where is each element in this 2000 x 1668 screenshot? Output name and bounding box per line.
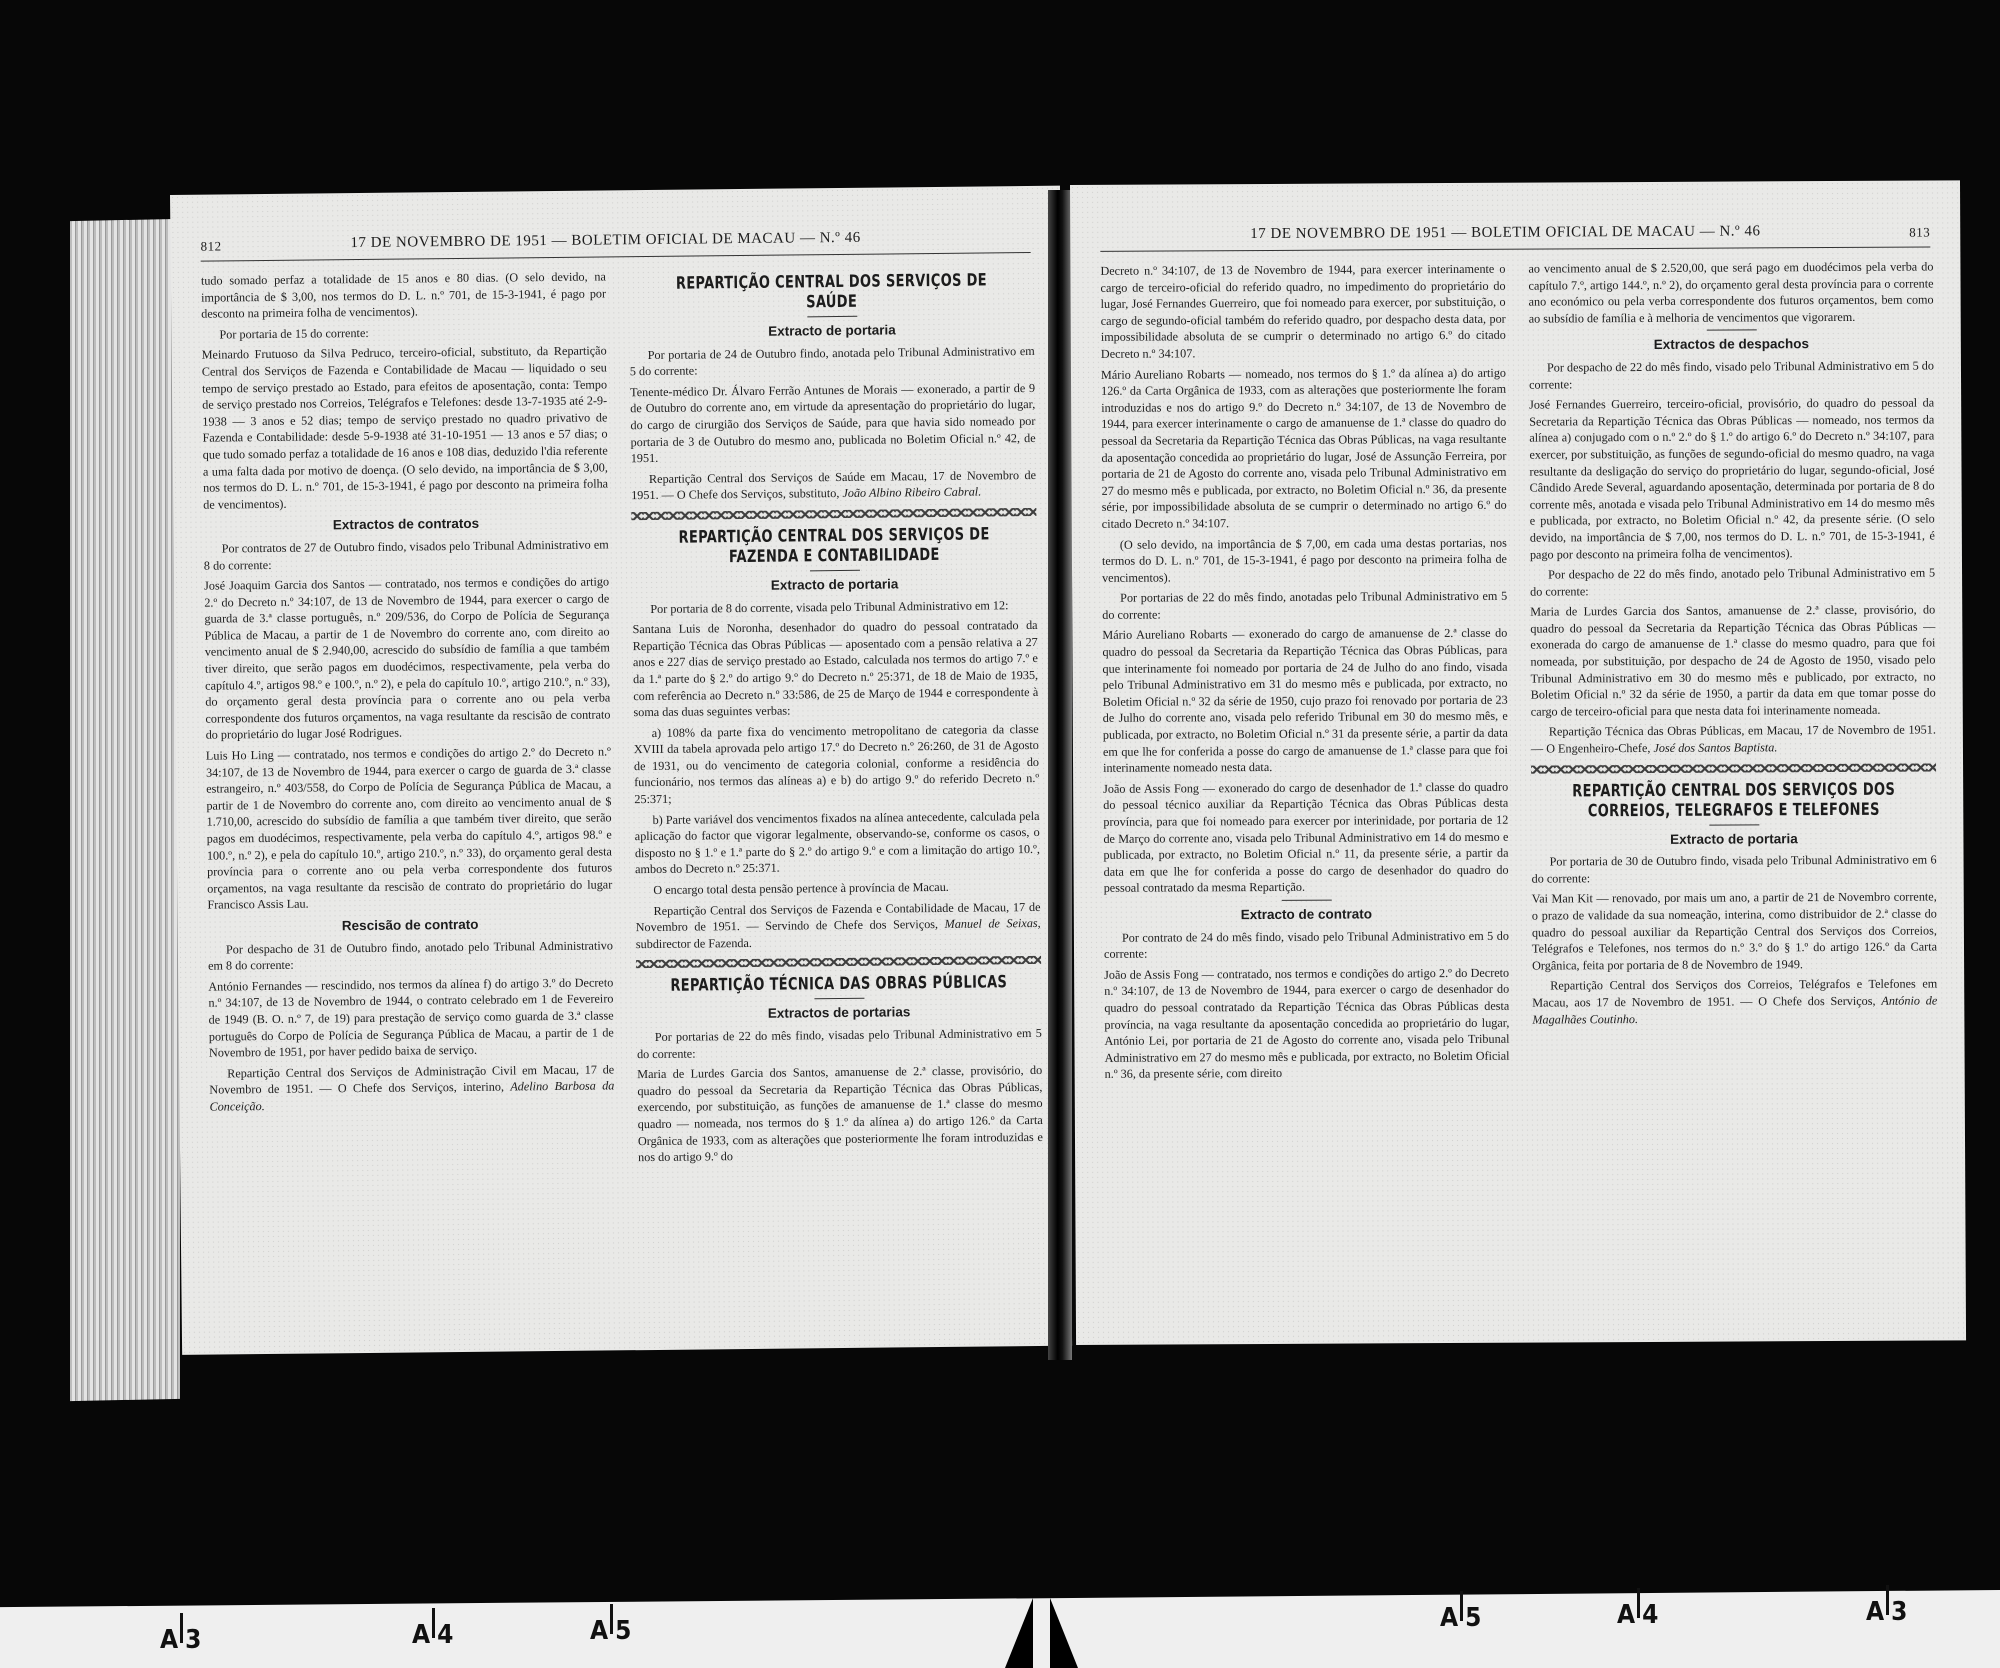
department-heading: REPARTIÇÃO TÉCNICA DAS OBRAS PÚBLICAS <box>667 973 1011 997</box>
department-heading: REPARTIÇÃO CENTRAL DOS SERVIÇOS DE FAZEN… <box>662 524 1007 568</box>
signature-paragraph: Repartição Central dos Serviços dos Corr… <box>1532 976 1937 1028</box>
wavy-divider <box>631 508 1036 520</box>
paragraph: Por contrato de 24 do mês findo, visado … <box>1104 927 1509 962</box>
paragraph: Mário Aureliano Robarts — nomeado, nos t… <box>1101 364 1507 532</box>
divider <box>814 998 864 1000</box>
paragraph: Por despacho de 22 do mês findo, anotado… <box>1530 565 1935 600</box>
divider <box>809 570 859 572</box>
paragraph: Por contratos de 27 de Outubro findo, vi… <box>204 536 609 573</box>
paragraph: tudo somado perfaz a totalidade de 15 an… <box>201 268 606 322</box>
paragraph: Mário Aureliano Robarts — exonerado do c… <box>1102 625 1508 776</box>
center-alignment-arrow <box>1005 1598 1033 1668</box>
signature-paragraph: Repartição Central dos Serviços de Saúde… <box>631 467 1036 504</box>
paragraph: Por despacho de 22 do mês findo, visado … <box>1529 357 1934 392</box>
center-alignment-arrow <box>1050 1598 1078 1668</box>
page-number: 812 <box>200 238 221 254</box>
paragraph: (O selo devido, na importância de $ 7,00… <box>1102 534 1507 586</box>
section-subheading: Extractos de portarias <box>637 1003 1042 1024</box>
page-number: 813 <box>1909 224 1930 240</box>
paragraph: José Joaquim Garcia dos Santos — contrat… <box>204 574 611 744</box>
book-gutter <box>1048 190 1072 1360</box>
running-head-title: 17 DE NOVEMBRO DE 1951 — BOLETIM OFICIAL… <box>1250 223 1760 243</box>
paragraph: Por portaria de 30 de Outubro findo, vis… <box>1532 852 1937 887</box>
paragraph: O encargo total desta pensão pertence à … <box>635 878 1040 899</box>
signature-paragraph: Repartição Técnica das Obras Públicas, e… <box>1531 722 1936 757</box>
signature-paragraph: Repartição Central dos Serviços de Fazen… <box>635 899 1040 953</box>
paragraph: Por portaria de 8 do corrente, visada pe… <box>632 596 1037 617</box>
paragraph: João de Assis Fong — exonerado do cargo … <box>1103 779 1509 897</box>
paragraph: a) 108% da parte fixa do vencimento metr… <box>634 721 1040 808</box>
paragraph: Tenente-médico Dr. Álvaro Ferrão Antunes… <box>630 380 1036 467</box>
film-mark: A3 <box>1866 1597 1907 1627</box>
paragraph: João de Assis Fong — contratado, nos ter… <box>1104 964 1510 1082</box>
section-subheading: Rescisão de contrato <box>208 915 613 936</box>
paragraph: António Fernandes — rescindido, nos term… <box>208 974 614 1061</box>
paragraph: b) Parte variável dos vencimentos fixado… <box>634 808 1040 879</box>
paragraph: Por portarias de 22 do mês findo, visada… <box>637 1025 1042 1062</box>
signature: Manuel de Seixas, <box>945 916 1041 931</box>
signature: José dos Santos Baptista. <box>1653 740 1777 755</box>
section-subheading: Extracto de portaria <box>1531 830 1936 849</box>
divider <box>1709 824 1759 825</box>
film-mark: A4 <box>1617 1600 1658 1630</box>
right-page: 17 DE NOVEMBRO DE 1951 — BOLETIM OFICIAL… <box>1070 180 1966 1345</box>
running-head: 812 17 DE NOVEMBRO DE 1951 — BOLETIM OFI… <box>200 226 1030 262</box>
column-1: tudo somado perfaz a totalidade de 15 an… <box>201 268 615 1119</box>
section-subheading: Extractos de despachos <box>1529 336 1934 355</box>
divider <box>1281 900 1331 901</box>
paragraph: Maria de Lurdes Garcia dos Santos, amanu… <box>1530 602 1936 720</box>
film-mark: A5 <box>1440 1603 1481 1633</box>
department-heading: REPARTIÇÃO CENTRAL DOS SERVIÇOS DOS CORR… <box>1562 779 1906 821</box>
divider <box>1706 330 1756 331</box>
signature-paragraph: Repartição Central dos Serviços de Admin… <box>209 1061 614 1115</box>
paragraph: Por portarias de 22 do mês findo, anotad… <box>1102 588 1507 623</box>
paragraph: Santana Luis de Noronha, desenhador do q… <box>632 617 1038 721</box>
paragraph: Por despacho de 31 de Outubro findo, ano… <box>208 937 613 974</box>
film-mark: A4 <box>412 1620 453 1650</box>
paragraph: Luis Ho Ling — contratado, nos termos e … <box>206 743 613 913</box>
paragraph: Maria de Lurdes Garcia dos Santos, amanu… <box>637 1062 1043 1166</box>
paragraph: Vai Man Kit — renovado, por mais um ano,… <box>1532 889 1937 974</box>
department-heading: REPARTIÇÃO CENTRAL DOS SERVIÇOS DE SAÚDE <box>659 270 1004 314</box>
film-mark: A5 <box>590 1616 631 1646</box>
running-head-title: 17 DE NOVEMBRO DE 1951 — BOLETIM OFICIAL… <box>350 230 860 252</box>
paragraph: Meinardo Frutuoso da Silva Pedruco, terc… <box>202 343 609 513</box>
section-subheading: Extracto de contrato <box>1104 906 1509 925</box>
section-subheading: Extractos de contratos <box>203 515 608 536</box>
paragraph: Por portaria de 24 de Outubro findo, ano… <box>630 343 1035 380</box>
wavy-divider <box>1531 763 1936 773</box>
paragraph: ao vencimento anual de $ 2.520,00, que s… <box>1528 258 1933 326</box>
running-head: 17 DE NOVEMBRO DE 1951 — BOLETIM OFICIAL… <box>1100 220 1930 251</box>
section-subheading: Extracto de portaria <box>632 575 1037 596</box>
column-2: REPARTIÇÃO CENTRAL DOS SERVIÇOS DE SAÚDE… <box>629 264 1043 1170</box>
wavy-divider <box>636 956 1041 968</box>
book-page-edges <box>70 219 180 1401</box>
paragraph: Decreto n.º 34:107, de 13 de Novembro de… <box>1100 261 1506 363</box>
section-subheading: Extracto de portaria <box>629 321 1034 342</box>
column-1: Decreto n.º 34:107, de 13 de Novembro de… <box>1100 261 1509 1087</box>
microfilm-target-strip <box>0 1590 2000 1668</box>
paragraph: José Fernandes Guerreiro, terceiro-ofici… <box>1529 395 1935 563</box>
column-2: ao vencimento anual de $ 2.520,00, que s… <box>1528 258 1937 1031</box>
signature: João Albino Ribeiro Cabral. <box>842 485 981 500</box>
paragraph: Por portaria de 15 do corrente: <box>201 322 606 343</box>
divider <box>807 316 857 318</box>
left-page: 812 17 DE NOVEMBRO DE 1951 — BOLETIM OFI… <box>170 186 1072 1355</box>
film-mark: A3 <box>160 1625 201 1655</box>
